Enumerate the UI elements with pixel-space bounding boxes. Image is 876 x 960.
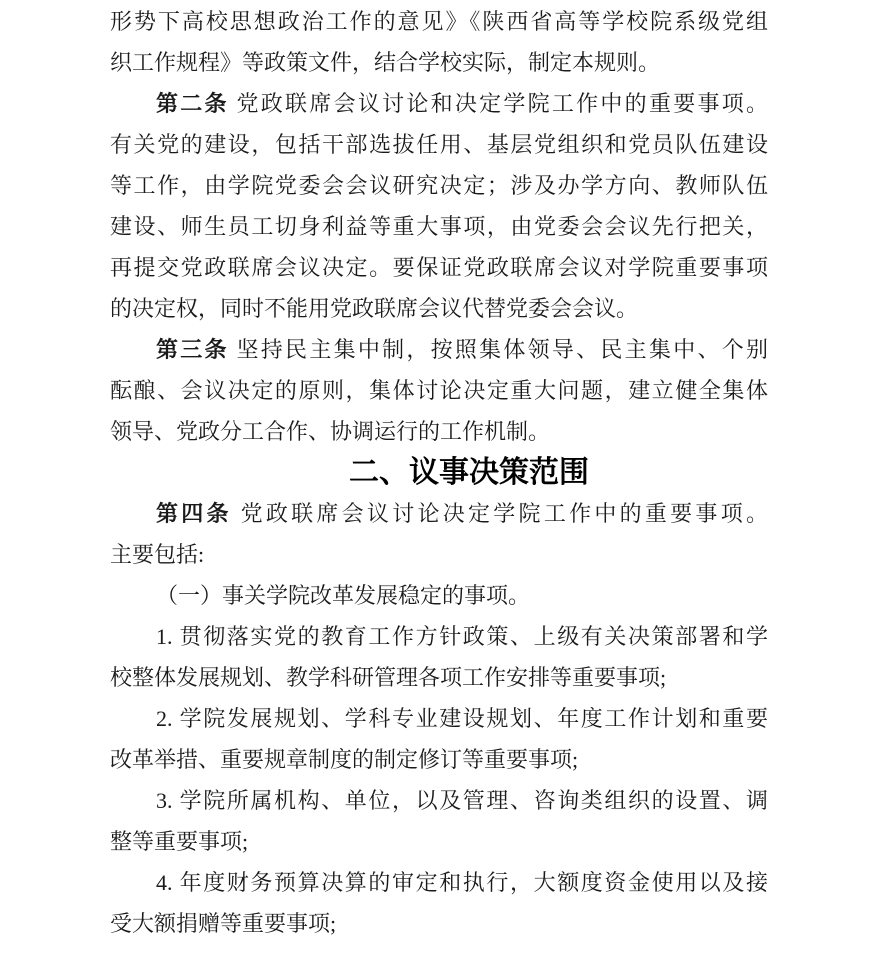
text-line: 等工作，由学院党委会会议研究决定；涉及办学方向、教师队伍 [110, 165, 768, 206]
section-heading: 二、议事决策范围 [110, 452, 768, 493]
text-line: 领导、党政分工合作、协调运行的工作机制。 [110, 411, 768, 452]
text-line: 酝酿、会议决定的原则，集体讨论决定重大问题，建立健全集体 [110, 370, 768, 411]
text-run: 有关党的建设，包括干部选拔任用、基层党组织和党员队伍建设 [110, 132, 768, 157]
text-line: 主要包括: [110, 534, 768, 575]
text-run: 受大额捐赠等重要事项; [110, 911, 336, 936]
text-line: 形势下高校思想政治工作的意见》《陕西省高等学校院系级党组 [110, 1, 768, 42]
text-line: 4. 年度财务预算决算的审定和执行，大额度资金使用以及接 [110, 862, 768, 903]
text-line: 第二条 党政联席会议讨论和决定学院工作中的重要事项。 [110, 83, 768, 124]
text-line: （一）事关学院改革发展稳定的事项。 [110, 575, 768, 616]
text-run: 形势下高校思想政治工作的意见》《陕西省高等学校院系级党组 [110, 9, 768, 34]
text-run: 4. 年度财务预算决算的审定和执行，大额度资金使用以及接 [156, 870, 768, 895]
text-run: 党政联席会议讨论和决定学院工作中的重要事项。 [229, 91, 768, 116]
text-line: 校整体发展规划、教学科研管理各项工作安排等重要事项; [110, 657, 768, 698]
text-line: 再提交党政联席会议决定。要保证党政联席会议对学院重要事项 [110, 247, 768, 288]
text-run: 织工作规程》等政策文件，结合学校实际，制定本规则。 [110, 50, 660, 75]
text-run: 酝酿、会议决定的原则，集体讨论决定重大问题，建立健全集体 [110, 378, 768, 403]
text-line: 整等重要事项; [110, 821, 768, 862]
text-line: 2. 学院发展规划、学科专业建设规划、年度工作计划和重要 [110, 698, 768, 739]
text-run: 校整体发展规划、教学科研管理各项工作安排等重要事项; [110, 665, 666, 690]
text-line: 3. 学院所属机构、单位，以及管理、咨询类组织的设置、调 [110, 780, 768, 821]
text-line: 第三条 坚持民主集中制，按照集体领导、民主集中、个别 [110, 329, 768, 370]
text-run: 的决定权，同时不能用党政联席会议代替党委会会议。 [110, 296, 638, 321]
text-line: 受大额捐赠等重要事项; [110, 903, 768, 944]
text-line: 织工作规程》等政策文件，结合学校实际，制定本规则。 [110, 42, 768, 83]
text-run: 领导、党政分工合作、协调运行的工作机制。 [110, 419, 550, 444]
text-run: 坚持民主集中制，按照集体领导、民主集中、个别 [229, 337, 768, 362]
text-line: 第四条 党政联席会议讨论决定学院工作中的重要事项。 [110, 493, 768, 534]
text-run: 党政联席会议讨论决定学院工作中的重要事项。 [232, 501, 768, 526]
text-run: 主要包括: [110, 542, 204, 567]
text-run: 改革举措、重要规章制度的制定修订等重要事项; [110, 747, 578, 772]
text-run: 建设、师生员工切身利益等重大事项，由党委会会议先行把关， [110, 214, 768, 239]
text-run: 再提交党政联席会议决定。要保证党政联席会议对学院重要事项 [110, 255, 768, 280]
text-line: 有关党的建设，包括干部选拔任用、基层党组织和党员队伍建设 [110, 124, 768, 165]
document-page: 形势下高校思想政治工作的意见》《陕西省高等学校院系级党组织工作规程》等政策文件，… [0, 0, 876, 960]
text-line: 1. 贯彻落实党的教育工作方针政策、上级有关决策部署和学 [110, 616, 768, 657]
text-line: 建设、师生员工切身利益等重大事项，由党委会会议先行把关， [110, 206, 768, 247]
text-run: 二、议事决策范围 [349, 456, 589, 489]
text-run: 1. 贯彻落实党的教育工作方针政策、上级有关决策部署和学 [156, 624, 768, 649]
text-run: 3. 学院所属机构、单位，以及管理、咨询类组织的设置、调 [156, 788, 768, 813]
text-run: （一）事关学院改革发展稳定的事项。 [156, 583, 530, 608]
text-run: 2. 学院发展规划、学科专业建设规划、年度工作计划和重要 [156, 706, 768, 731]
clause-number: 第四条 [156, 501, 232, 526]
text-line: 改革举措、重要规章制度的制定修订等重要事项; [110, 739, 768, 780]
text-run: 整等重要事项; [110, 829, 248, 854]
clause-number: 第二条 [156, 91, 229, 116]
text-line: 的决定权，同时不能用党政联席会议代替党委会会议。 [110, 288, 768, 329]
text-run: 等工作，由学院党委会会议研究决定；涉及办学方向、教师队伍 [110, 173, 768, 198]
document-content: 形势下高校思想政治工作的意见》《陕西省高等学校院系级党组织工作规程》等政策文件，… [110, 1, 768, 944]
clause-number: 第三条 [156, 337, 229, 362]
